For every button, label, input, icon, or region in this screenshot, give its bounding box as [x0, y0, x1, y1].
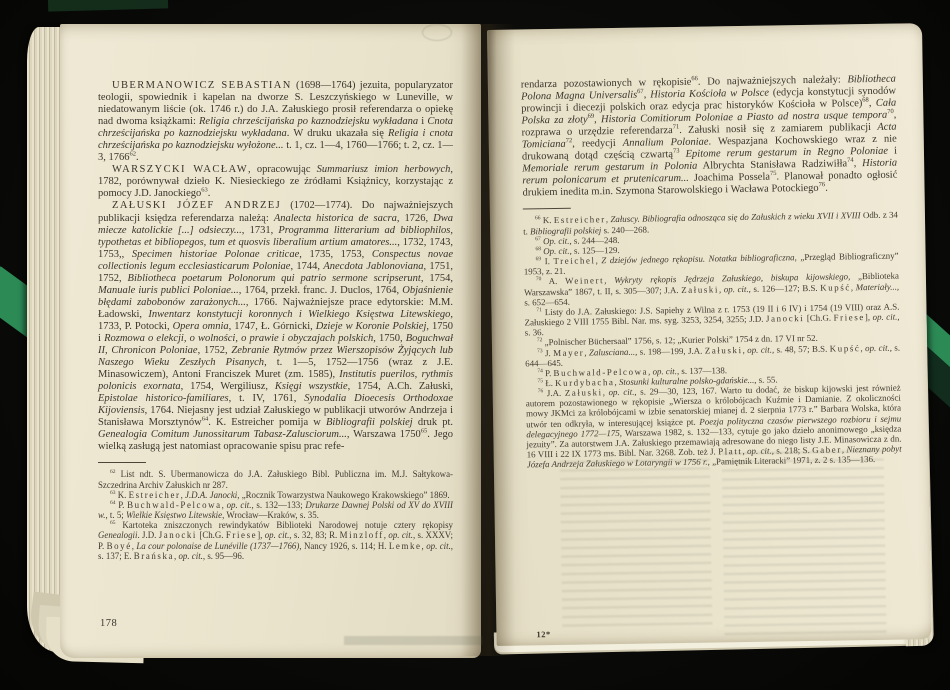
footnote-76: 76 J.A. Załuski, op. cit., s. 29—30, 123… — [526, 383, 902, 470]
footnote-65: 65 Kartoteka zniszczonych rewindykatów B… — [98, 520, 453, 561]
footnote-63: 63 K. Estreicher, J.D.A. Janocki, „Roczn… — [98, 490, 453, 500]
right-page-footnotes: 66 K. Estreicher, Załuscy. Bibliografia … — [523, 210, 902, 470]
right-page-body: rendarza pozostawionych w rękopisie66. D… — [521, 74, 898, 200]
entry-warszycki: WARSZYCKI WACŁAW, opracowując Summariusz… — [98, 164, 453, 200]
left-page-body: UBERMANOWICZ SEBASTIAN (1698—1764) jezui… — [98, 80, 453, 453]
right-page: rendarza pozostawionych w rękopisie66. D… — [487, 23, 932, 646]
sheet-signature: 12* — [536, 629, 550, 639]
page-number: 178 — [100, 618, 117, 629]
show-through-column — [722, 450, 887, 637]
book-photo-scene: UBERMANOWICZ SEBASTIAN (1698—1764) jezui… — [0, 0, 950, 690]
footnote-64: 64 P. Buchwald-Pelcowa, op. cit., s. 132… — [98, 500, 453, 520]
entry-zaluski: ZAŁUSKI JÓZEF ANDRZEJ (1702—1774). Do na… — [98, 200, 453, 453]
right-page-content: rendarza pozostawionych w rękopisie66. D… — [521, 74, 902, 470]
footnote-rule — [523, 208, 571, 210]
faint-stamp-mark — [422, 24, 452, 41]
left-page: UBERMANOWICZ SEBASTIAN (1698—1764) jezui… — [60, 24, 481, 658]
green-cover-sliver-top — [48, 0, 168, 12]
left-page-footnotes: 62 List ndt. S. Ubermanowicza do J.A. Za… — [98, 469, 453, 560]
entry-ubermanowicz: UBERMANOWICZ SEBASTIAN (1698—1764) jezui… — [98, 80, 453, 164]
left-page-content: UBERMANOWICZ SEBASTIAN (1698—1764) jezui… — [98, 80, 453, 561]
show-through-column — [560, 459, 713, 629]
entry-zaluski-continued: rendarza pozostawionych w rękopisie66. D… — [521, 74, 898, 200]
footnote-62: 62 List ndt. S. Ubermanowicza do J.A. Za… — [98, 469, 453, 489]
show-through-smudge — [344, 636, 482, 645]
footnote-rule — [98, 462, 146, 463]
